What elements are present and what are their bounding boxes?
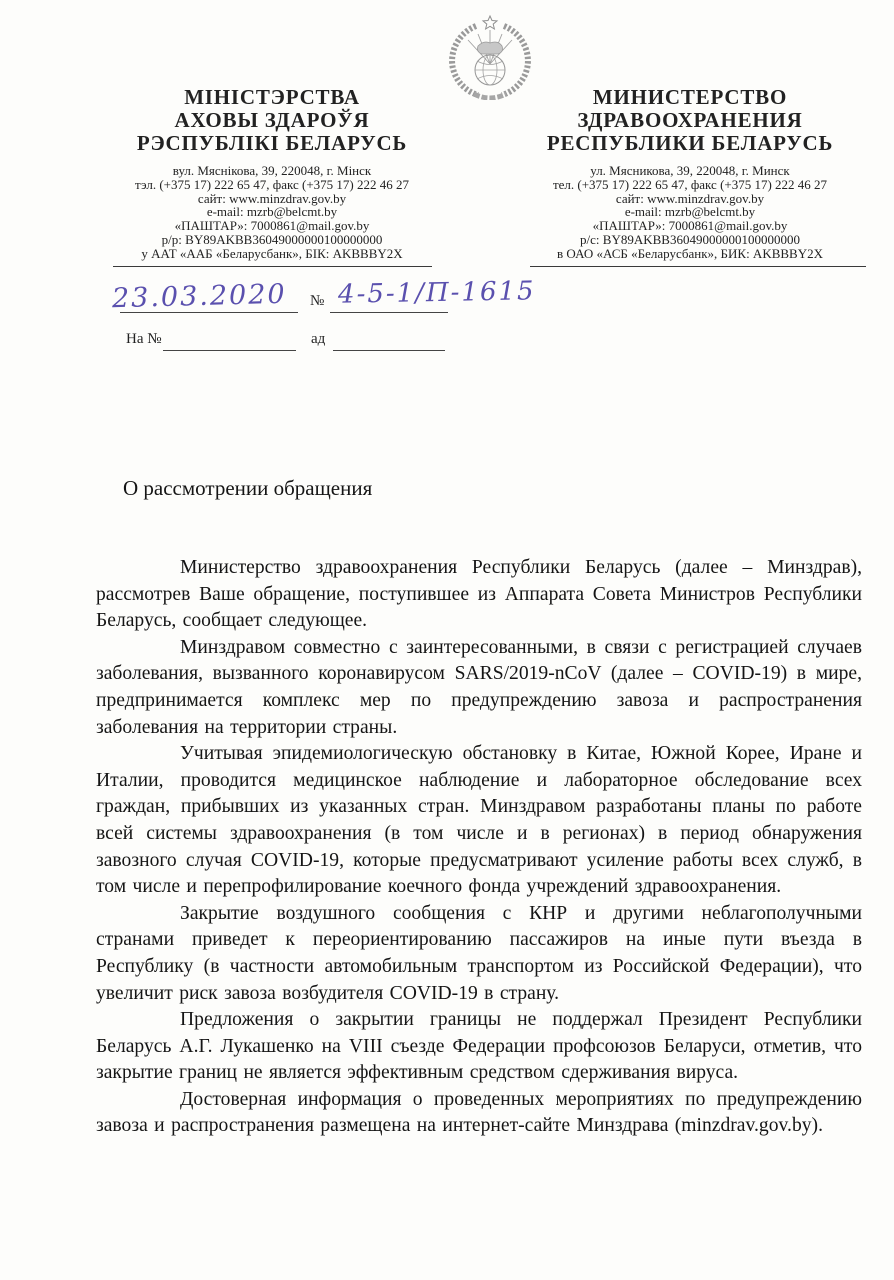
title-line: РЭСПУБЛІКІ БЕЛАРУСЬ bbox=[92, 132, 452, 155]
date-underline bbox=[120, 312, 298, 313]
body-paragraph: Предложения о закрытии границы не поддер… bbox=[96, 1007, 862, 1087]
letterhead-right-column: МИНИСТЕРСТВО ЗДРАВООХРАНЕНИЯ РЕСПУБЛИКИ … bbox=[510, 86, 870, 261]
address-line: тел. (+375 17) 222 65 47, факс (+375 17)… bbox=[510, 178, 870, 192]
address-line: «ПАШТАР»: 7000861@mail.gov.by bbox=[92, 219, 452, 233]
address-line: тэл. (+375 17) 222 65 47, факс (+375 17)… bbox=[92, 178, 452, 192]
title-line: МІНІСТЭРСТВА bbox=[92, 86, 452, 109]
from-date-label: ад bbox=[311, 331, 325, 348]
title-line: РЕСПУБЛИКИ БЕЛАРУСЬ bbox=[510, 132, 870, 155]
address-line: у ААТ «ААБ «Беларусбанк», БІК: AKBBBY2X bbox=[92, 247, 452, 261]
address-line: сайт: www.minzdrav.gov.by bbox=[510, 192, 870, 206]
subject-line: О рассмотрении обращения bbox=[123, 476, 372, 501]
body-paragraph: Министерство здравоохранения Республики … bbox=[96, 555, 862, 635]
letterhead-left-column: МІНІСТЭРСТВА АХОВЫ ЗДАРОЎЯ РЭСПУБЛІКІ БЕ… bbox=[92, 86, 452, 261]
address-line: вул. Мяснікова, 39, 220048, г. Мінск bbox=[92, 164, 452, 178]
handwritten-number: 4-5-1/П-1615 bbox=[338, 276, 536, 309]
title-line: ЗДРАВООХРАНЕНИЯ bbox=[510, 109, 870, 132]
address-line: ул. Мясникова, 39, 220048, г. Минск bbox=[510, 164, 870, 178]
address-line: e-mail: mzrb@belcmt.by bbox=[92, 205, 452, 219]
address-line: e-mail: mzrb@belcmt.by bbox=[510, 205, 870, 219]
body-paragraph: Минздравом совместно с заинтересованными… bbox=[96, 635, 862, 741]
incoming-number-underline bbox=[163, 350, 296, 351]
body-paragraph: Достоверная информация о проведенных мер… bbox=[96, 1087, 862, 1140]
handwritten-date: 23.03.2020 bbox=[112, 279, 287, 315]
title-line: МИНИСТЕРСТВО bbox=[510, 86, 870, 109]
address-line: р/с: BY89AKBB36049000000100000000 bbox=[510, 233, 870, 247]
ministry-title-russian: МИНИСТЕРСТВО ЗДРАВООХРАНЕНИЯ РЕСПУБЛИКИ … bbox=[510, 86, 870, 155]
document-page: МІНІСТЭРСТВА АХОВЫ ЗДАРОЎЯ РЭСПУБЛІКІ БЕ… bbox=[0, 0, 894, 1280]
incoming-number-label: На № bbox=[126, 331, 162, 348]
number-underline bbox=[330, 312, 448, 313]
from-date-underline bbox=[333, 350, 445, 351]
address-line: в ОАО «АСБ «Беларусбанк», БИК: AKBBBY2X bbox=[510, 247, 870, 261]
number-sign-label: № bbox=[310, 293, 324, 310]
title-line: АХОВЫ ЗДАРОЎЯ bbox=[92, 109, 452, 132]
ministry-address-russian: ул. Мясникова, 39, 220048, г. Минск тел.… bbox=[510, 164, 870, 261]
ministry-address-belarusian: вул. Мяснікова, 39, 220048, г. Мінск тэл… bbox=[92, 164, 452, 261]
body-paragraph: Учитывая эпидемиологическую обстановку в… bbox=[96, 741, 862, 901]
body-paragraph: Закрытие воздушного сообщения с КНР и др… bbox=[96, 901, 862, 1007]
address-line: сайт: www.minzdrav.gov.by bbox=[92, 192, 452, 206]
letter-body: Министерство здравоохранения Республики … bbox=[96, 555, 862, 1140]
address-line: р/р: BY89AKBB36049000000100000000 bbox=[92, 233, 452, 247]
ministry-title-belarusian: МІНІСТЭРСТВА АХОВЫ ЗДАРОЎЯ РЭСПУБЛІКІ БЕ… bbox=[92, 86, 452, 155]
letterhead-divider-left bbox=[113, 266, 432, 267]
address-line: «ПАШТАР»: 7000861@mail.gov.by bbox=[510, 219, 870, 233]
letterhead-divider-right bbox=[530, 266, 866, 267]
